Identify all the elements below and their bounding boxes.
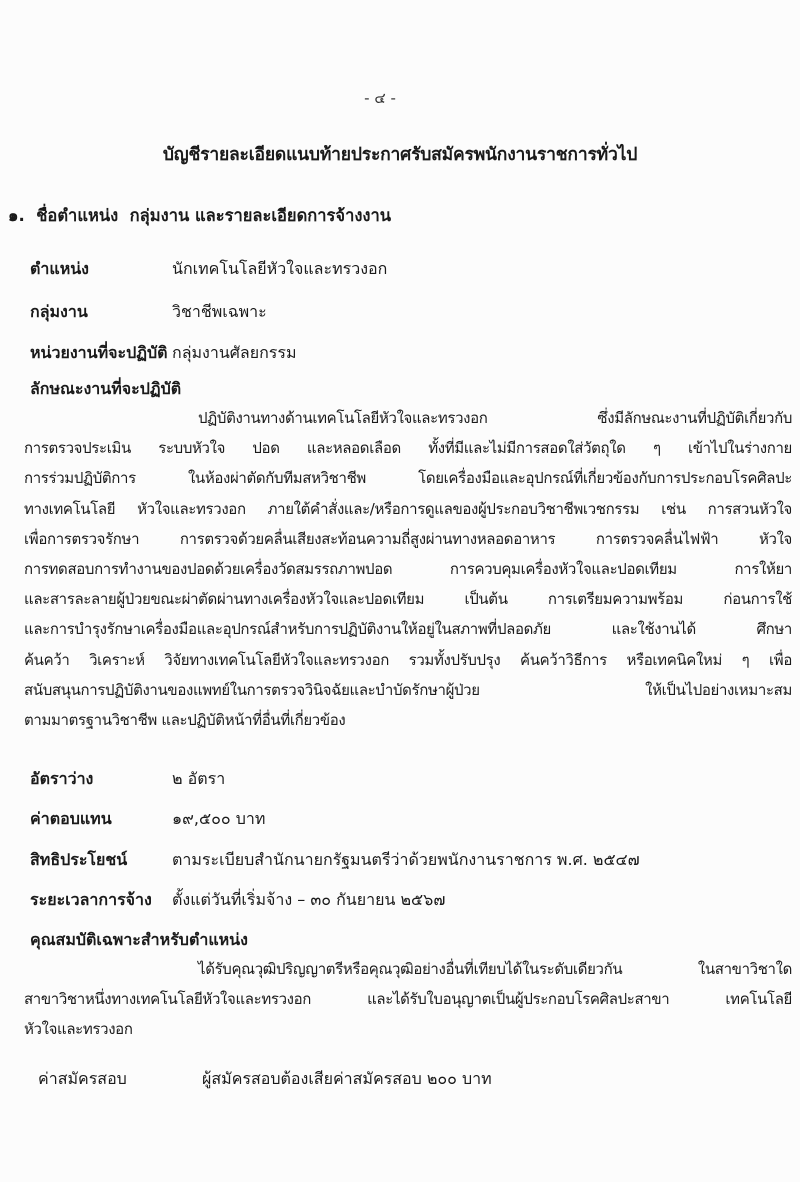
field-value: กลุ่มงานศัลยกรรม — [172, 341, 297, 366]
field-label: ค่าสมัครสอบ — [38, 1067, 202, 1092]
field-employment-period: ระยะเวลาการจ้าง ตั้งแต่วันที่เริ่มจ้าง –… — [30, 888, 445, 913]
field-application-fee: ค่าสมัครสอบ ผู้สมัครสอบต้องเสียค่าสมัครส… — [38, 1067, 492, 1092]
paragraph-line: สาขาวิชาหนึ่งทางเทคโนโลยีหัวใจและทรวงอก … — [24, 984, 792, 1014]
field-value: ตามระเบียบสำนักนายกรัฐมนตรีว่าด้วยพนักงา… — [172, 848, 640, 873]
field-value: ๑๙,๕๐๐ บาท — [172, 807, 265, 832]
paragraph-line: และสารละลายผู้ป่วยขณะผ่าตัดผ่านทางเครื่อ… — [24, 584, 792, 614]
paragraph-line: และการบำรุงรักษาเครื่องมือและอุปกรณ์สำหร… — [24, 614, 792, 644]
paragraph-line: หัวใจและทรวงอก — [24, 1014, 792, 1044]
paragraph-line: การร่วมปฏิบัติการ ในห้องผ่าตัดกับทีมสหวิ… — [24, 463, 792, 493]
qualifications-heading: คุณสมบัติเฉพาะสำหรับตำแหน่ง — [30, 928, 248, 953]
duties-paragraph: ปฏิบัติงานทางด้านเทคโนโลยีหัวใจและทรวงอก… — [24, 403, 792, 735]
field-label: กลุ่มงาน — [30, 300, 172, 325]
field-value: ตั้งแต่วันที่เริ่มจ้าง – ๓๐ กันยายน ๒๕๖๗ — [172, 888, 445, 913]
paragraph-line: สนับสนุนการปฏิบัติงานของแพทย์ในการตรวจวิ… — [24, 675, 792, 705]
document-title: บัญชีรายละเอียดแนบท้ายประกาศรับสมัครพนัก… — [0, 140, 800, 168]
field-job-group: กลุ่มงาน วิชาชีพเฉพาะ — [30, 300, 267, 325]
field-label: ตำแหน่ง — [30, 257, 172, 282]
field-label: ค่าตอบแทน — [30, 807, 172, 832]
field-label: อัตราว่าง — [30, 767, 172, 792]
paragraph-line: ปฏิบัติงานทางด้านเทคโนโลยีหัวใจและทรวงอก… — [24, 403, 792, 433]
field-value: ผู้สมัครสอบต้องเสียค่าสมัครสอบ ๒๐๐ บาท — [202, 1067, 492, 1092]
field-unit: หน่วยงานที่จะปฏิบัติ กลุ่มงานศัลยกรรม — [30, 341, 297, 366]
field-value: วิชาชีพเฉพาะ — [172, 300, 267, 325]
field-value: นักเทคโนโลยีหัวใจและทรวงอก — [172, 257, 387, 282]
field-position: ตำแหน่ง นักเทคโนโลยีหัวใจและทรวงอก — [30, 257, 387, 282]
duties-heading: ลักษณะงานที่จะปฏิบัติ — [30, 377, 181, 402]
paragraph-line: ทางเทคโนโลยี หัวใจและทรวงอก ภายใต้คำสั่ง… — [24, 494, 792, 524]
section-heading: ๑. ชื่อตำแหน่ง กลุ่มงาน และรายละเอียดการ… — [8, 203, 391, 229]
field-label: ระยะเวลาการจ้าง — [30, 888, 172, 913]
field-label: สิทธิประโยชน์ — [30, 848, 172, 873]
paragraph-line: ค้นคว้า วิเคราะห์ วิจัยทางเทคโนโลยีหัวใจ… — [24, 645, 792, 675]
field-value: ๒ อัตรา — [172, 767, 225, 792]
qualifications-paragraph: ได้รับคุณวุฒิปริญญาตรีหรือคุณวุฒิอย่างอื… — [24, 954, 792, 1045]
page-number: - ๔ - — [0, 86, 760, 110]
paragraph-line: ตามมาตรฐานวิชาชีพ และปฏิบัติหน้าที่อื่นท… — [24, 705, 792, 735]
paragraph-line: การตรวจประเมิน ระบบหัวใจ ปอด และหลอดเลือ… — [24, 433, 792, 463]
paragraph-line: ได้รับคุณวุฒิปริญญาตรีหรือคุณวุฒิอย่างอื… — [24, 954, 792, 984]
field-benefits: สิทธิประโยชน์ ตามระเบียบสำนักนายกรัฐมนตร… — [30, 848, 640, 873]
paragraph-line: เพื่อการตรวจรักษา การตรวจด้วยคลื่นเสียงส… — [24, 524, 792, 554]
paragraph-line: การทดสอบการทำงานของปอดด้วยเครื่องวัดสมรร… — [24, 554, 792, 584]
field-label: หน่วยงานที่จะปฏิบัติ — [30, 341, 172, 366]
field-vacancies: อัตราว่าง ๒ อัตรา — [30, 767, 225, 792]
field-salary: ค่าตอบแทน ๑๙,๕๐๐ บาท — [30, 807, 265, 832]
